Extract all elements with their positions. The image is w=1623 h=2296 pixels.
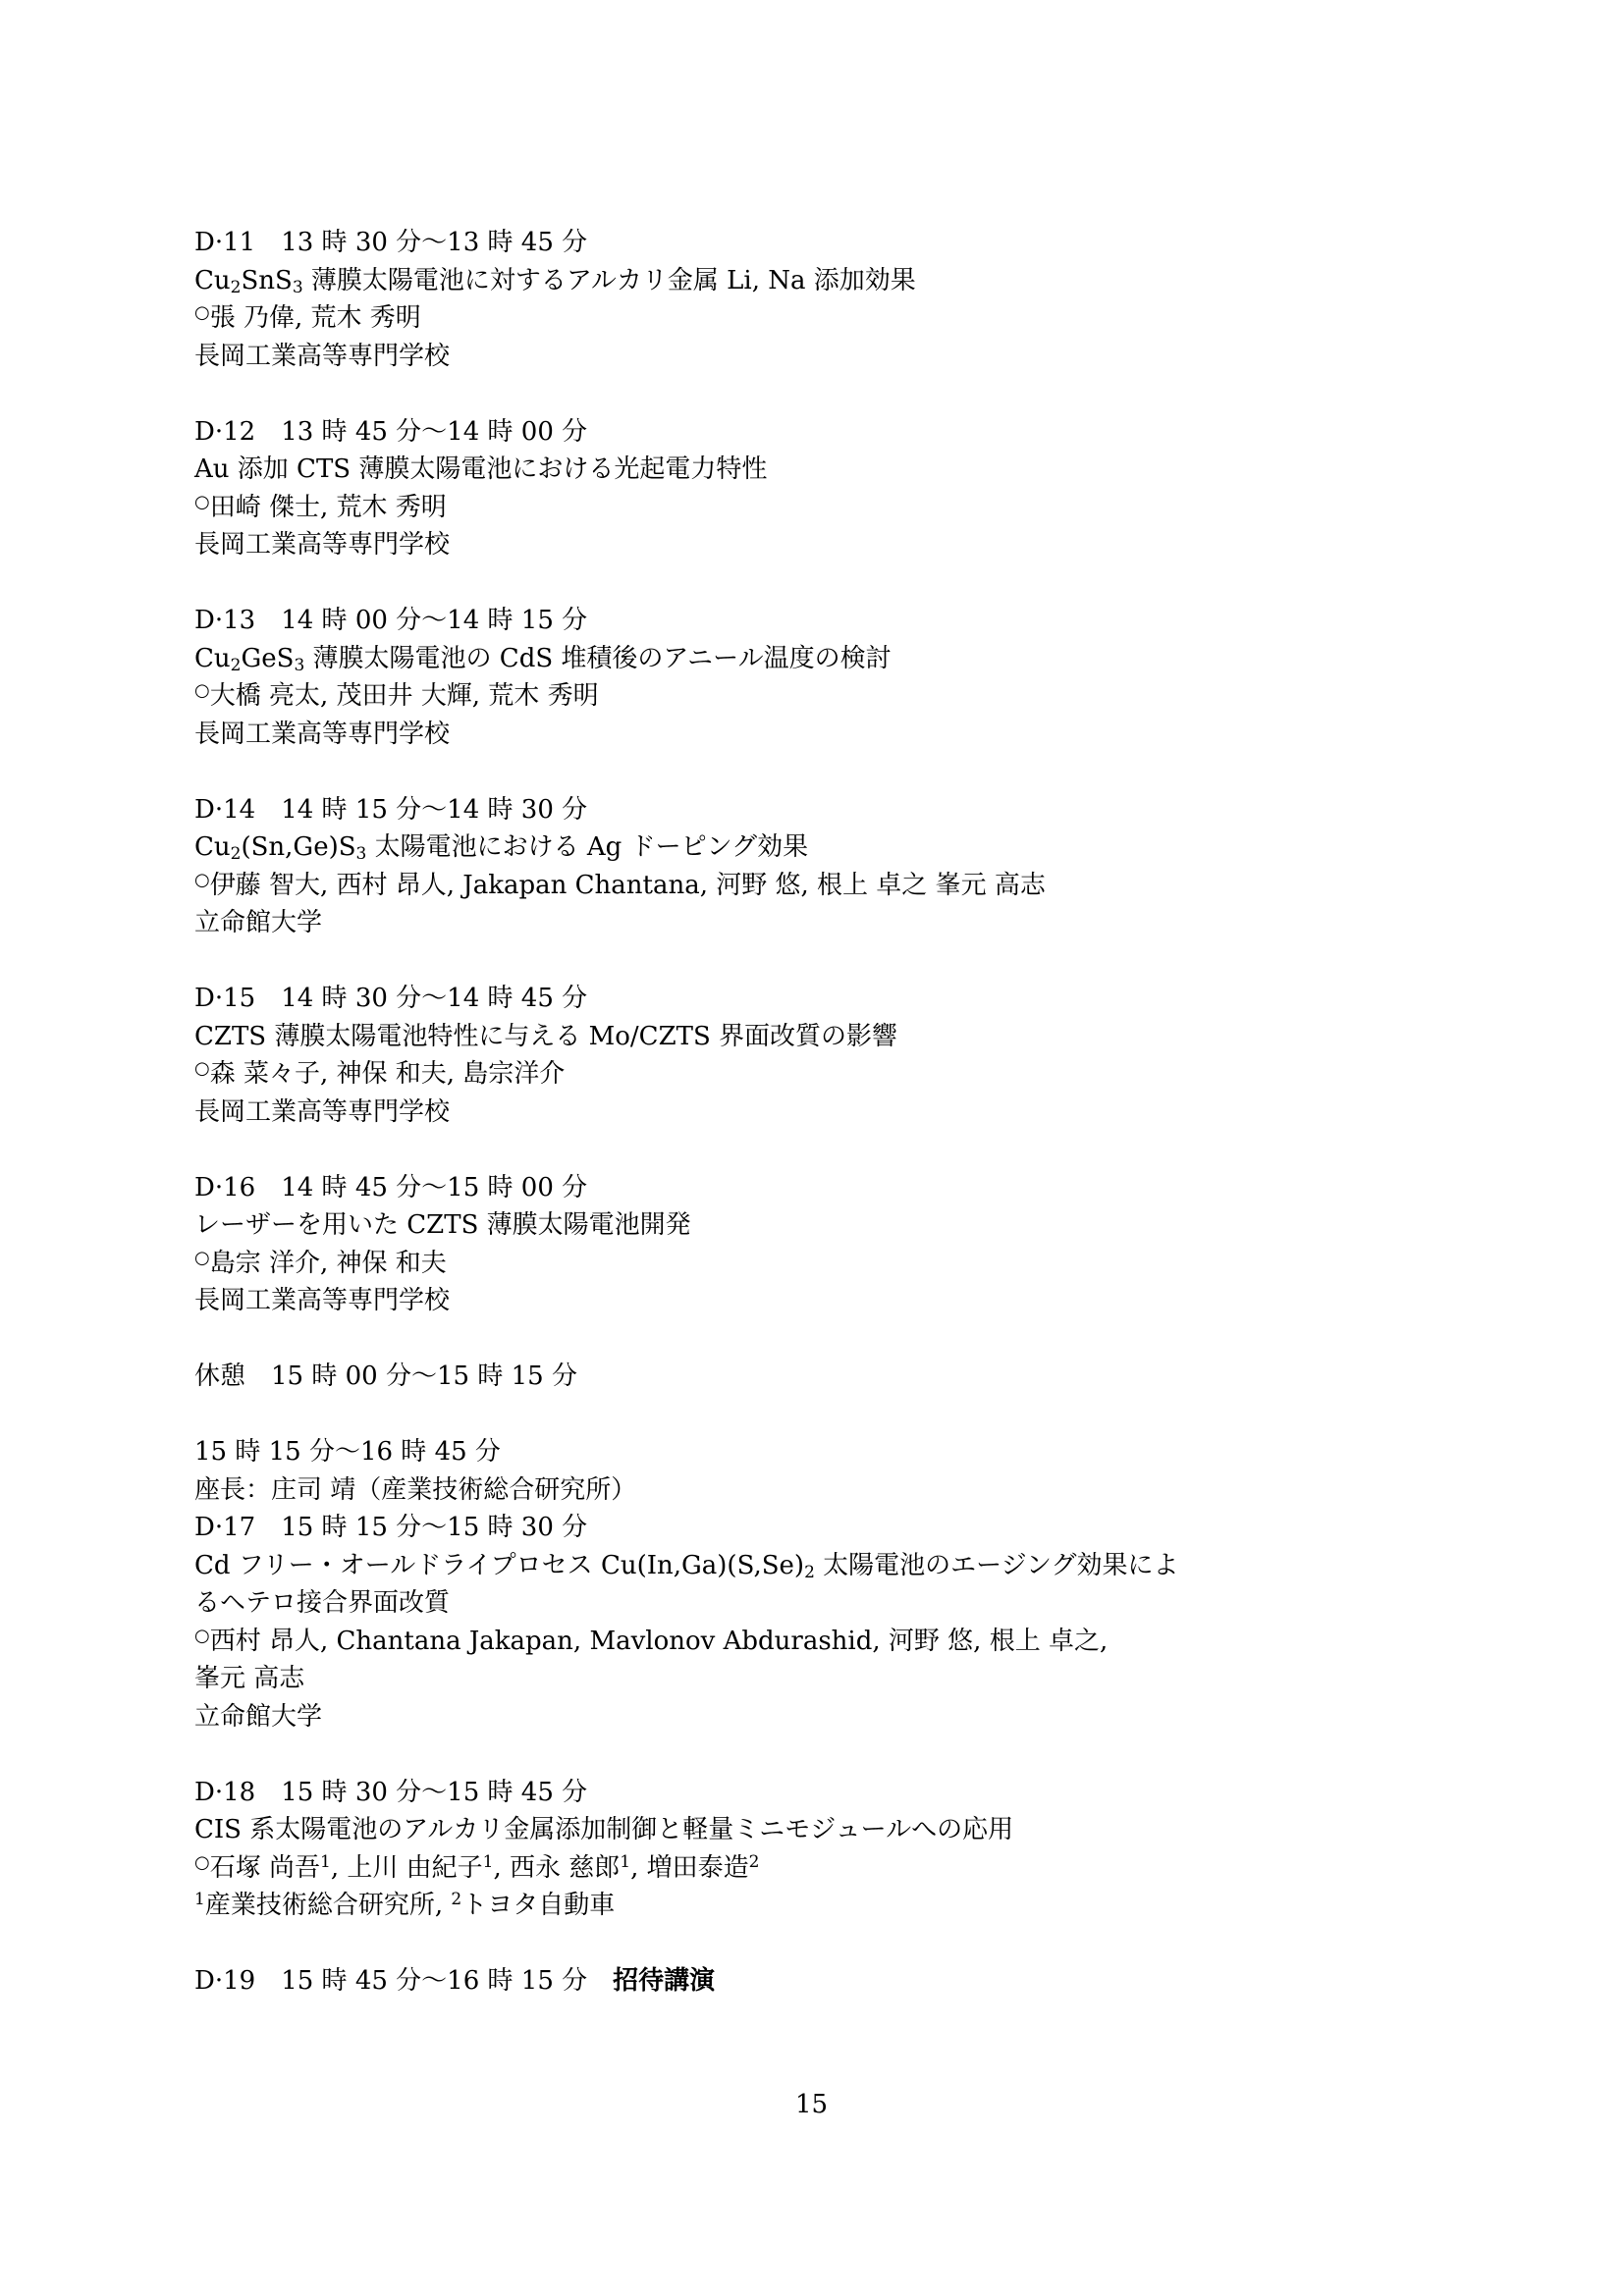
presenter-mark: ○ [194,302,210,323]
session-chair: 座長：庄司 靖（産業技術総合研究所） [194,1471,1471,1510]
talk-time: 14 時 45 分～15 時 00 分 [281,1173,587,1202]
talk-title-continued: るヘテロ接合界面改質 [194,1584,1471,1623]
presenter-mark: ○ [194,870,210,890]
talk-authors: ○西村 昂人, Chantana Jakapan, Mavlonov Abdur… [194,1623,1471,1661]
break-time: 15 時 00 分～15 時 15 分 [271,1362,577,1391]
page-number: 15 [0,2088,1623,2121]
talk-id: D·16 [194,1173,255,1202]
talk-id: D·19 [194,1966,255,1996]
session-block: 15 時 15 分～16 時 45 分 座長：庄司 靖（産業技術総合研究所） [194,1433,1471,1509]
talk-affiliation: 長岡工業高等専門学校 [194,716,1471,754]
talk-authors: ○大橋 亮太, 茂田井 大輝, 荒木 秀明 [194,677,1471,716]
talk-header: D·1614 時 45 分～15 時 00 分 [194,1169,1471,1207]
presenter-mark: ○ [194,1248,210,1268]
talk-d14: D·1414 時 15 分～14 時 30 分 Cu2(Sn,Ge)S3 太陽電… [194,791,1471,981]
talk-header: D·1715 時 15 分～15 時 30 分 [194,1509,1471,1547]
talk-title: Au 添加 CTS 薄膜太陽電池における光起電力特性 [194,451,1471,489]
talk-id: D·15 [194,984,255,1013]
talk-id: D·13 [194,606,255,635]
presenter-mark: ○ [194,680,210,701]
session-time: 15 時 15 分～16 時 45 分 [194,1433,1471,1471]
talk-header: D·1213 時 45 分～14 時 00 分 [194,413,1471,452]
program-page: D·1113 時 30 分～13 時 45 分 Cu2SnS3 薄膜太陽電池に対… [194,224,1471,2001]
break-label: 休憩 [194,1362,245,1391]
talk-title: Cu2(Sn,Ge)S3 太陽電池における Ag ドーピング効果 [194,828,1471,867]
talk-header: D·1815 時 30 分～15 時 45 分 [194,1774,1471,1812]
talk-id: D·17 [194,1513,255,1542]
talk-header: D·1113 時 30 分～13 時 45 分 [194,224,1471,262]
break-block: 休憩15 時 00 分～15 時 15 分 [194,1358,1471,1433]
talk-header: D·1915 時 45 分～16 時 15 分招待講演 [194,1962,1471,2001]
talk-id: D·12 [194,417,255,447]
talk-authors: ○田崎 傑士, 荒木 秀明 [194,489,1471,527]
talk-header: D·1414 時 15 分～14 時 30 分 [194,791,1471,829]
presenter-mark: ○ [194,1626,210,1646]
talk-time: 14 時 15 分～14 時 30 分 [281,795,587,825]
talk-authors: ○森 菜々子, 神保 和夫, 島宗洋介 [194,1055,1471,1094]
talk-affiliation: 長岡工業高等専門学校 [194,1094,1471,1132]
talk-d15: D·1514 時 30 分～14 時 45 分 CZTS 薄膜太陽電池特性に与え… [194,980,1471,1169]
talk-title: Cu2SnS3 薄膜太陽電池に対するアルカリ金属 Li, Na 添加効果 [194,262,1471,300]
talk-authors: ○島宗 洋介, 神保 和夫 [194,1245,1471,1283]
talk-d17: D·1715 時 15 分～15 時 30 分 Cd フリー・オールドライプロセ… [194,1509,1471,1774]
talk-affiliation: 長岡工業高等専門学校 [194,1282,1471,1320]
talk-id: D·14 [194,795,255,825]
talk-affiliation: 1産業技術総合研究所, 2トヨタ自動車 [194,1887,1471,1925]
talk-affiliation: 長岡工業高等専門学校 [194,526,1471,564]
talk-time: 15 時 45 分～16 時 15 分 [281,1966,587,1996]
talk-authors: ○伊藤 智大, 西村 昂人, Jakapan Chantana, 河野 悠, 根… [194,867,1471,905]
talk-d11: D·1113 時 30 分～13 時 45 分 Cu2SnS3 薄膜太陽電池に対… [194,224,1471,413]
talk-id: D·11 [194,228,255,257]
talk-title: CIS 系太陽電池のアルカリ金属添加制御と軽量ミニモジュールへの応用 [194,1811,1471,1849]
talk-d16: D·1614 時 45 分～15 時 00 分 レーザーを用いた CZTS 薄膜… [194,1169,1471,1359]
talk-time: 14 時 30 分～14 時 45 分 [281,984,587,1013]
break-line: 休憩15 時 00 分～15 時 15 分 [194,1358,1471,1396]
talk-header: D·1514 時 30 分～14 時 45 分 [194,980,1471,1018]
presenter-mark: ○ [194,1058,210,1079]
presenter-mark: ○ [194,492,210,512]
talk-authors-continued: 峯元 高志 [194,1660,1471,1698]
talk-time: 13 時 45 分～14 時 00 分 [281,417,587,447]
talk-d12: D·1213 時 45 分～14 時 00 分 Au 添加 CTS 薄膜太陽電池… [194,413,1471,603]
talk-time: 15 時 30 分～15 時 45 分 [281,1778,587,1807]
presenter-mark: ○ [194,1852,210,1873]
talk-affiliation: 長岡工業高等専門学校 [194,338,1471,376]
talk-time: 13 時 30 分～13 時 45 分 [281,228,587,257]
talk-time: 15 時 15 分～15 時 30 分 [281,1513,587,1542]
talk-d19: D·1915 時 45 分～16 時 15 分招待講演 [194,1962,1471,2001]
talk-title: CZTS 薄膜太陽電池特性に与える Mo/CZTS 界面改質の影響 [194,1018,1471,1056]
talk-id: D·18 [194,1778,255,1807]
talk-d18: D·1815 時 30 分～15 時 45 分 CIS 系太陽電池のアルカリ金属… [194,1774,1471,1963]
talk-affiliation: 立命館大学 [194,1698,1471,1736]
talk-affiliation: 立命館大学 [194,904,1471,942]
talk-title: Cu2GeS3 薄膜太陽電池の CdS 堆積後のアニール温度の検討 [194,640,1471,678]
talk-authors: ○張 乃偉, 荒木 秀明 [194,299,1471,338]
talk-authors: ○石塚 尚吾1, 上川 由紀子1, 西永 慈郎1, 増田泰造2 [194,1849,1471,1888]
talk-title: レーザーを用いた CZTS 薄膜太陽電池開発 [194,1206,1471,1245]
invited-talk-badge: 招待講演 [613,1966,715,1996]
talk-title: Cd フリー・オールドライプロセス Cu(In,Ga)(S,Se)2 太陽電池の… [194,1547,1471,1585]
talk-time: 14 時 00 分～14 時 15 分 [281,606,587,635]
talk-header: D·1314 時 00 分～14 時 15 分 [194,602,1471,640]
talk-d13: D·1314 時 00 分～14 時 15 分 Cu2GeS3 薄膜太陽電池の … [194,602,1471,791]
